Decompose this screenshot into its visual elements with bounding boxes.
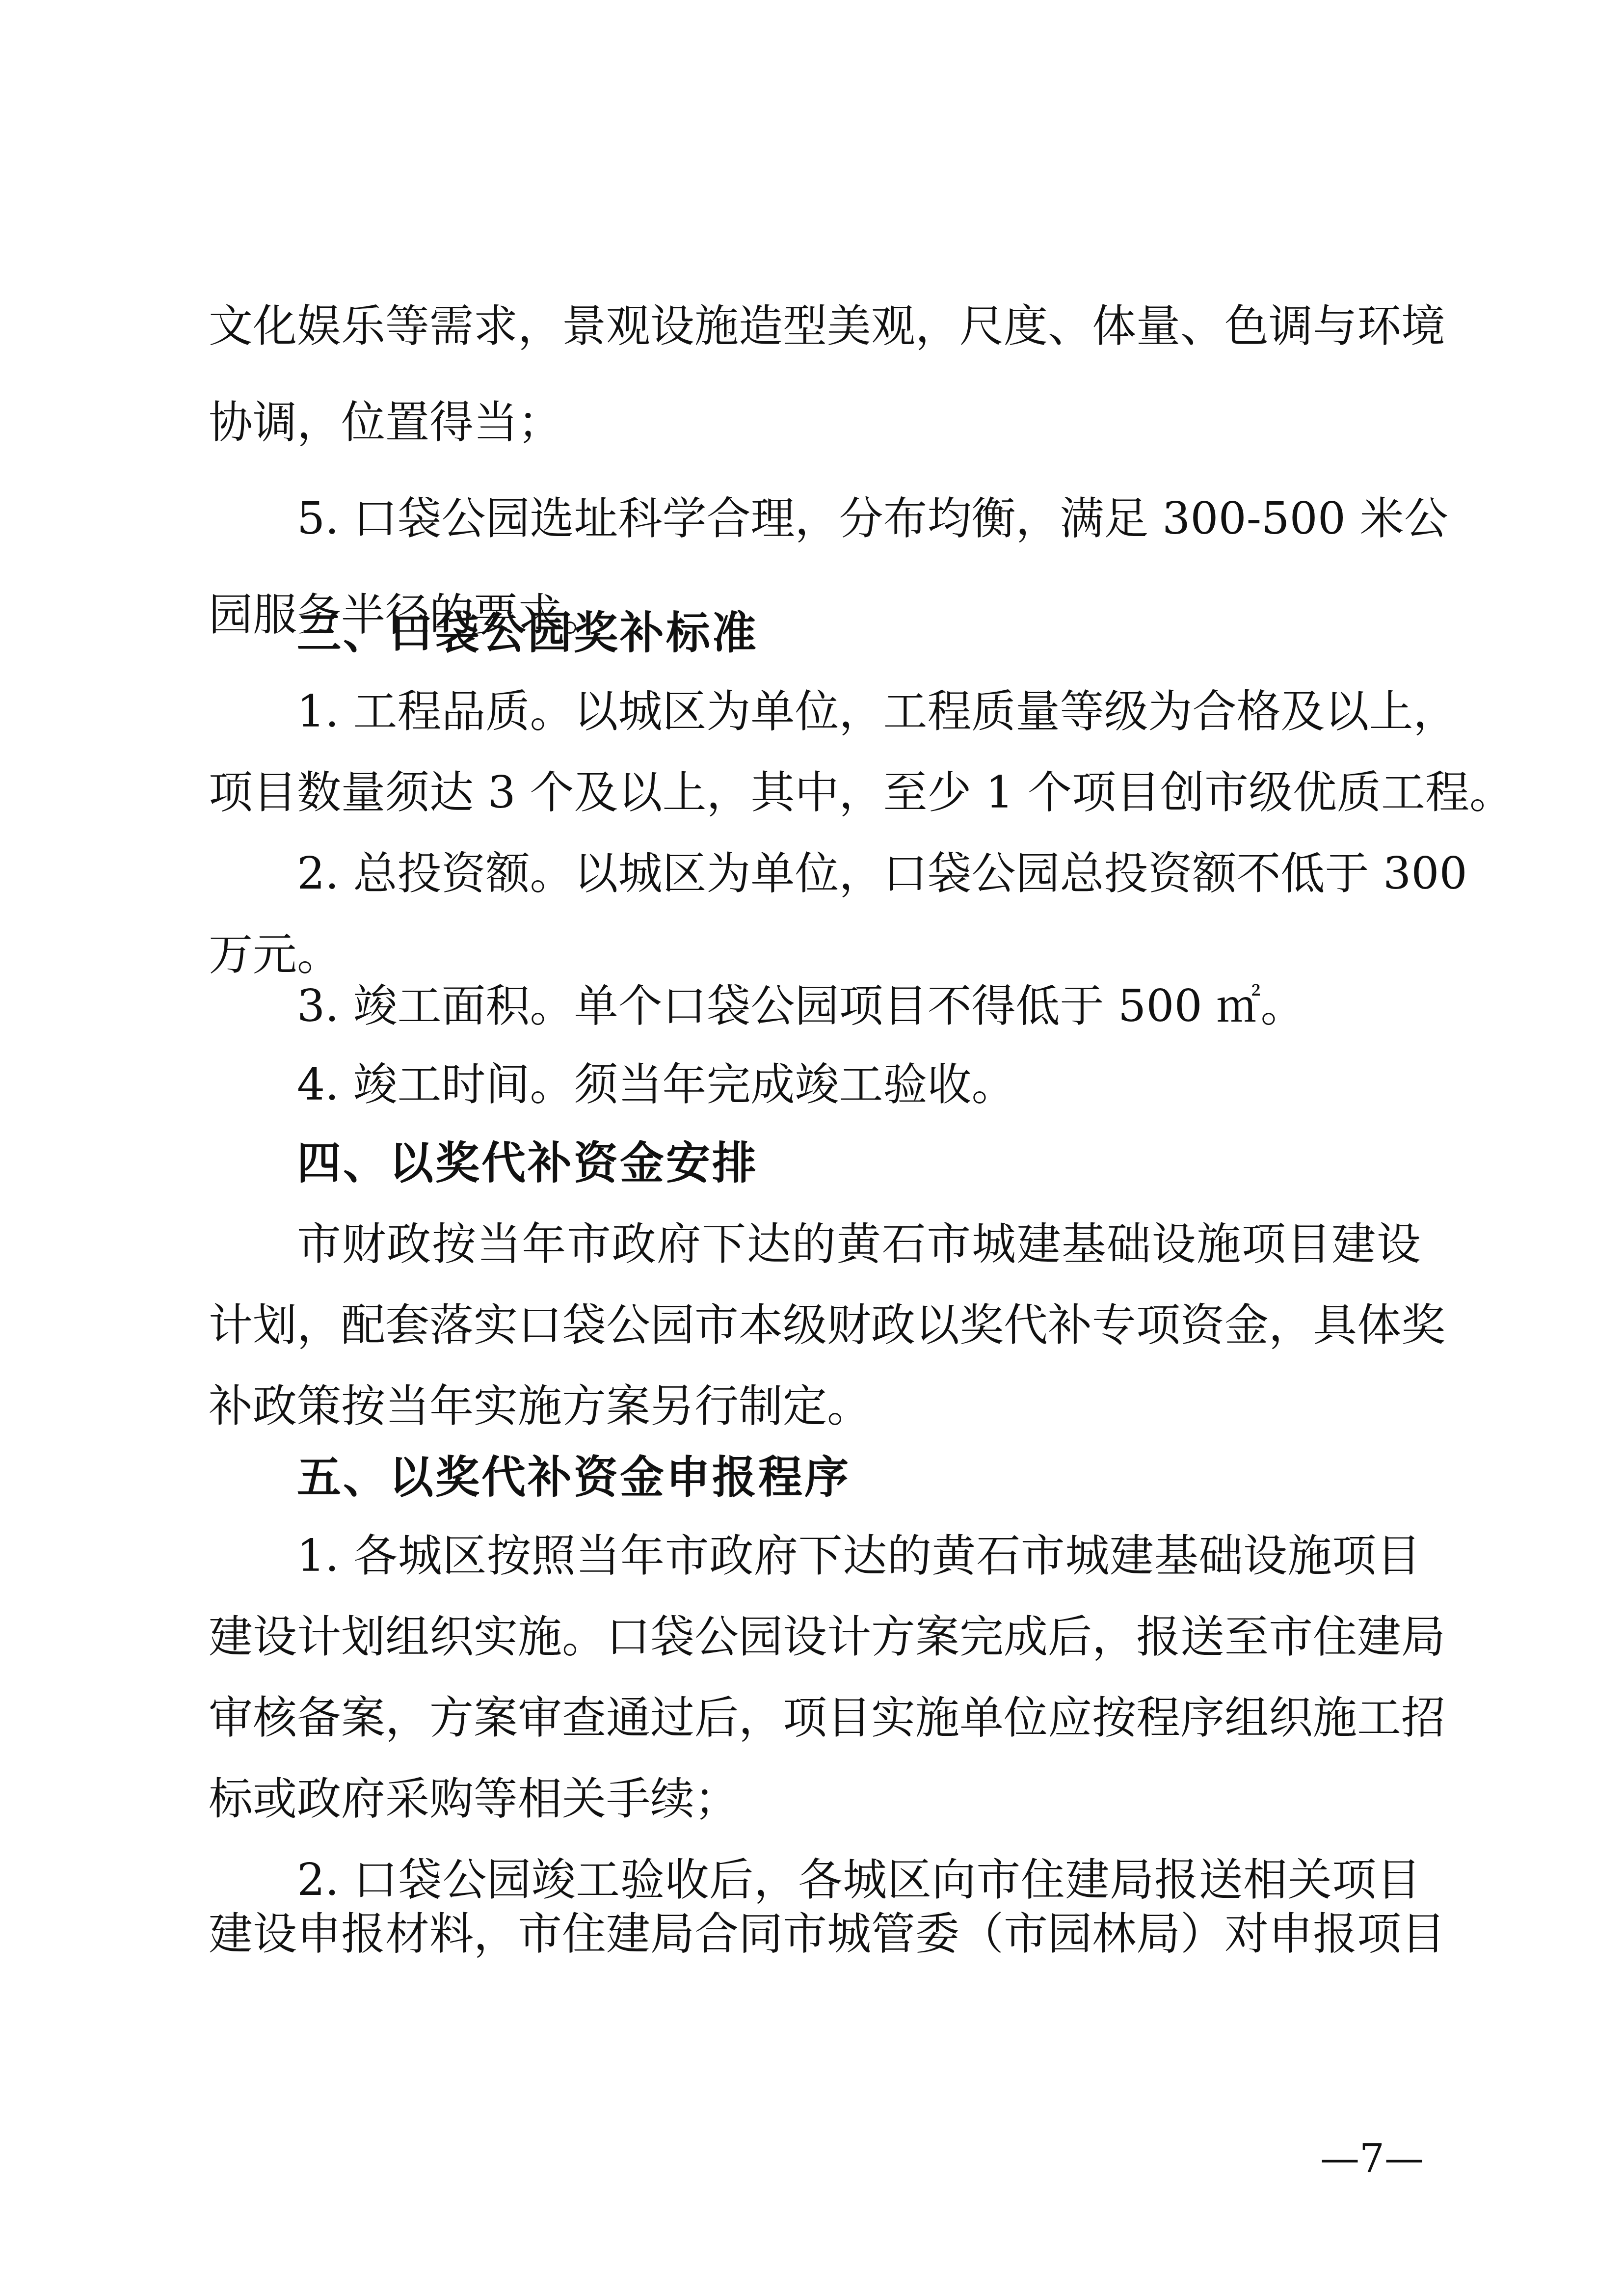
list-item-3: 3. 竣工面积。单个口袋公园项目不得低于 500 ㎡。 [209,977,1304,1036]
body-line: 万元。 [209,925,341,984]
section-heading-5: 五、以奖代补资金申报程序 [209,1448,851,1507]
body-line: 建设计划组织实施。口袋公园设计方案完成后，报送至市住建局 [209,1608,1421,1667]
section-heading-3: 三、口袋公园奖补标准 [209,604,758,663]
body-line: 审核备案，方案审查通过后，项目实施单位应按程序组织施工招 [209,1689,1421,1748]
list-item-4: 4. 竣工时间。须当年完成竣工验收。 [209,1055,1015,1114]
page-number: —7— [1320,2135,1424,2181]
list-item-5: 5. 口袋公园选址科学合理，分布均衡，满足 300-500 米公 [209,489,1421,548]
list-item-1: 1. 各城区按照当年市政府下达的黄石市城建基础设施项目 [209,1527,1421,1586]
body-line: 补政策按当年实施方案另行制定。 [209,1377,871,1436]
body-line: 协调，位置得当； [209,393,562,452]
list-item-2: 2. 总投资额。以城区为单位，口袋公园总投资额不低于 300 [209,844,1421,903]
body-line: 文化娱乐等需求，景观设施造型美观，尺度、体量、色调与环境 [209,297,1421,356]
list-item-2: 2. 口袋公园竣工验收后，各城区向市住建局报送相关项目 [209,1851,1421,1910]
body-line: 计划，配套落实口袋公园市本级财政以奖代补专项资金，具体奖 [209,1296,1421,1355]
body-line: 项目数量须达 3 个及以上，其中，至少 1 个项目创市级优质工程。 [209,763,1421,822]
body-line: 市财政按当年市政府下达的黄石市城建基础设施项目建设 [209,1215,1421,1274]
list-item-1: 1. 工程品质。以城区为单位，工程质量等级为合格及以上， [209,682,1421,741]
body-line: 标或政府采购等相关手续； [209,1770,739,1829]
section-heading-4: 四、以奖代补资金安排 [209,1134,758,1193]
body-line: 建设申报材料，市住建局合同市城管委（市园林局）对申报项目 [209,1905,1421,1964]
